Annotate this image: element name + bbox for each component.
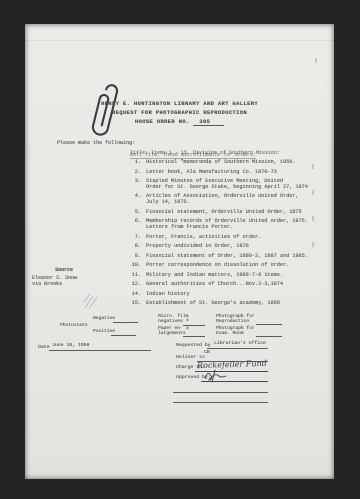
list-item: 7. Porter, Francis, activities of order. bbox=[128, 235, 324, 241]
micro-film-check-mark: x bbox=[186, 318, 189, 323]
date-value: June 18, 1950 bbox=[52, 343, 89, 348]
list-item: 5. Financial statement, Orderville Unite… bbox=[128, 210, 324, 216]
enlargement-blank bbox=[183, 335, 205, 337]
exam-blank bbox=[256, 335, 282, 337]
repro-label-2: Reproduction bbox=[216, 319, 249, 324]
date-label: Date bbox=[38, 345, 50, 350]
edge-artifact bbox=[312, 164, 314, 169]
paper-sheet: HENRY E. HUNTINGTON LIBRARY AND ART GALL… bbox=[25, 24, 334, 479]
item-number: 12. bbox=[128, 282, 146, 288]
edge-artifact bbox=[312, 190, 314, 195]
enlargement-check-mark: x bbox=[186, 326, 189, 331]
item-text: General authorities of Church...Nov.2-3,… bbox=[146, 282, 283, 288]
item-number: 8. bbox=[128, 244, 146, 250]
list-item: 4. Articles of Association, Orderville U… bbox=[128, 194, 324, 206]
requested-by-line bbox=[207, 347, 268, 349]
item-text: Historical "memoranda of Southern Missio… bbox=[146, 160, 295, 166]
house-order-line: HOUSE ORDER NO. 305 bbox=[25, 118, 334, 126]
blank-rule-2 bbox=[173, 401, 268, 403]
item-text: Indian history bbox=[146, 292, 190, 298]
item-text: Financial statement of Order, 1880-2, 18… bbox=[146, 254, 308, 260]
house-order-label: HOUSE ORDER NO. bbox=[135, 118, 190, 125]
item-text: Porter, Francis, activities of order. bbox=[146, 235, 261, 241]
photostats-label: Photostats bbox=[60, 323, 88, 328]
list-item: 8. Property undivided in Order, 1876 bbox=[128, 244, 324, 250]
edge-artifact bbox=[315, 58, 317, 63]
item-list: 1. Historical "memoranda of Southern Mis… bbox=[128, 160, 324, 311]
item-text: Military and Indian matters, 1866-7-8 it… bbox=[146, 273, 283, 279]
enlargement-label-2: largements bbox=[158, 331, 186, 336]
item-number: 10. bbox=[128, 263, 146, 269]
item-text: Letter book, Ala Manufacturing Co. 1870-… bbox=[146, 170, 277, 176]
requested-by-label: Requested by bbox=[176, 343, 211, 348]
list-item: 15. Establishment of St. George's academ… bbox=[128, 301, 324, 307]
list-item: 3. Stapled Minutes of Executive Meeting,… bbox=[128, 179, 324, 191]
item-number: 6. bbox=[128, 219, 146, 231]
list-item: 12. General authorities of Church...Nov.… bbox=[128, 282, 324, 288]
blank-rule-1 bbox=[173, 391, 268, 393]
item-number: 14. bbox=[128, 292, 146, 298]
list-item: 14. Indian history bbox=[128, 292, 324, 298]
item-number: 5. bbox=[128, 210, 146, 216]
item-text: Financial statement, Orderville United O… bbox=[146, 210, 302, 216]
item-number: 15. bbox=[128, 301, 146, 307]
repro-blank bbox=[256, 323, 282, 325]
house-order-number: 305 bbox=[193, 118, 224, 126]
list-item: 11. Military and Indian matters, 1866-7-… bbox=[128, 273, 324, 279]
item-text: Property undivided in Order, 1876 bbox=[146, 244, 249, 250]
positive-blank bbox=[111, 334, 136, 336]
list-item: 9. Financial statement of Order, 1880-2,… bbox=[128, 254, 324, 260]
micro-film-label-2: negatives bbox=[158, 319, 183, 324]
source-label: Source bbox=[55, 267, 73, 273]
edge-artifact bbox=[312, 242, 314, 247]
negative-label: Negative bbox=[93, 316, 115, 321]
list-item: 2. Letter book, Ala Manufacturing Co. 18… bbox=[128, 170, 324, 176]
item-text: Porter correspondence on dissolution of … bbox=[146, 263, 289, 269]
pencil-scribble bbox=[83, 292, 101, 310]
item-text: Articles of Association, Orderville Unit… bbox=[146, 194, 299, 206]
list-item: 10. Porter correspondence on dissolution… bbox=[128, 263, 324, 269]
item-number: 11. bbox=[128, 273, 146, 279]
library-title: HENRY E. HUNTINGTON LIBRARY AND ART GALL… bbox=[25, 100, 334, 107]
approved-by-line bbox=[201, 380, 268, 382]
item-text: Establishment of St. George's academy, 1… bbox=[146, 301, 280, 307]
scanned-photo: HENRY E. HUNTINGTON LIBRARY AND ART GALL… bbox=[0, 0, 360, 499]
instruction-text: Please make the following: bbox=[57, 140, 135, 146]
item-text: Membership records of Orderville United … bbox=[146, 219, 308, 231]
negative-blank bbox=[113, 321, 138, 323]
item-text: Stapled Minutes of Executive Meeting, Un… bbox=[146, 179, 308, 191]
item-number: 2. bbox=[128, 170, 146, 176]
item-number: 9. bbox=[128, 254, 146, 260]
item-number: 3. bbox=[128, 179, 146, 191]
list-item: 6. Membership records of Orderville Unit… bbox=[128, 219, 324, 231]
form-title: REQUEST FOR PHOTOGRAPHIC REPRODUCTION bbox=[25, 109, 334, 116]
date-line bbox=[49, 349, 151, 351]
source-name-line2: via Brooks bbox=[32, 281, 62, 287]
item-number: 7. bbox=[128, 235, 146, 241]
exam-label-2: Exam. Room bbox=[216, 331, 244, 336]
requested-by-value: Librarian's office bbox=[214, 341, 266, 346]
edge-artifact bbox=[312, 216, 314, 221]
item-number: 1. bbox=[128, 160, 146, 166]
item-number: 4. bbox=[128, 194, 146, 206]
list-item: 1. Historical "memoranda of Southern Mis… bbox=[128, 160, 324, 166]
